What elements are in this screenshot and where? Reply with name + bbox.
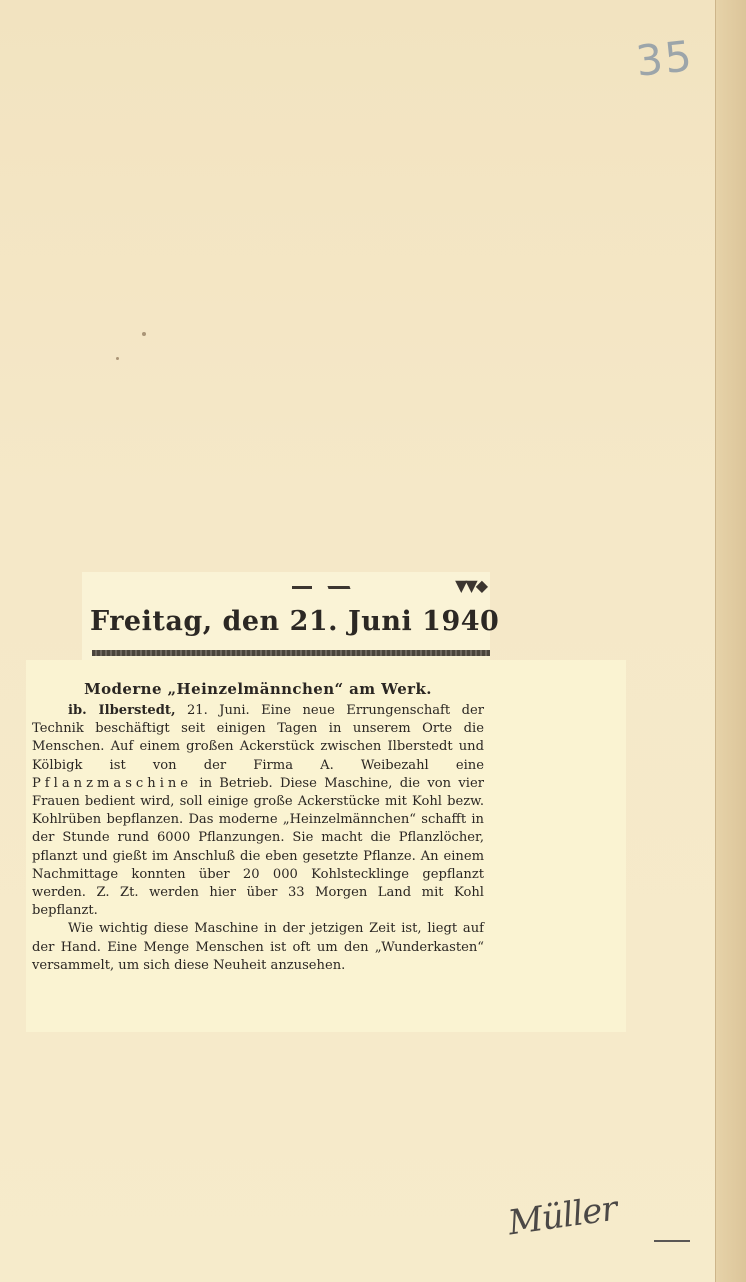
paper-speck — [116, 357, 119, 360]
masthead-ornament-dash — [327, 586, 350, 589]
article-text: in Betrieb. Diese Maschine, die von vier… — [32, 776, 484, 918]
paper-speck — [142, 332, 146, 336]
masthead-ornament-dash — [292, 586, 312, 589]
masthead-rule — [92, 650, 490, 656]
article-headline: Moderne „Heinzelmännchen“ am Werk. — [32, 680, 484, 698]
signature-stroke — [654, 1240, 690, 1242]
handwritten-signature: Müller — [506, 1189, 619, 1244]
article-dateline: ib. Ilberstedt, — [68, 703, 176, 718]
masthead-ornament-icon: ▼▼◆ — [455, 576, 486, 595]
newspaper-masthead-clipping: ▼▼◆ Freitag, den 21. Juni 1940 — [82, 572, 490, 664]
article-date: 21. Juni. — [187, 703, 250, 718]
article-paragraph-1: ib. Ilberstedt, 21. Juni. Eine neue Erru… — [32, 702, 484, 920]
article-body: ib. Ilberstedt, 21. Juni. Eine neue Erru… — [32, 702, 484, 975]
article-paragraph-2: Wie wichtig diese Maschine in der jetzig… — [32, 920, 484, 975]
newspaper-article: Moderne „Heinzelmännchen“ am Werk. ib. I… — [32, 680, 484, 975]
article-emphasis: Pflanzmaschine — [32, 776, 192, 791]
handwritten-page-number: 35 — [634, 31, 696, 86]
page-edge-shadow — [715, 0, 746, 1282]
archive-page: 35 ▼▼◆ Freitag, den 21. Juni 1940 Modern… — [0, 0, 746, 1282]
masthead-date: Freitag, den 21. Juni 1940 — [90, 606, 499, 637]
